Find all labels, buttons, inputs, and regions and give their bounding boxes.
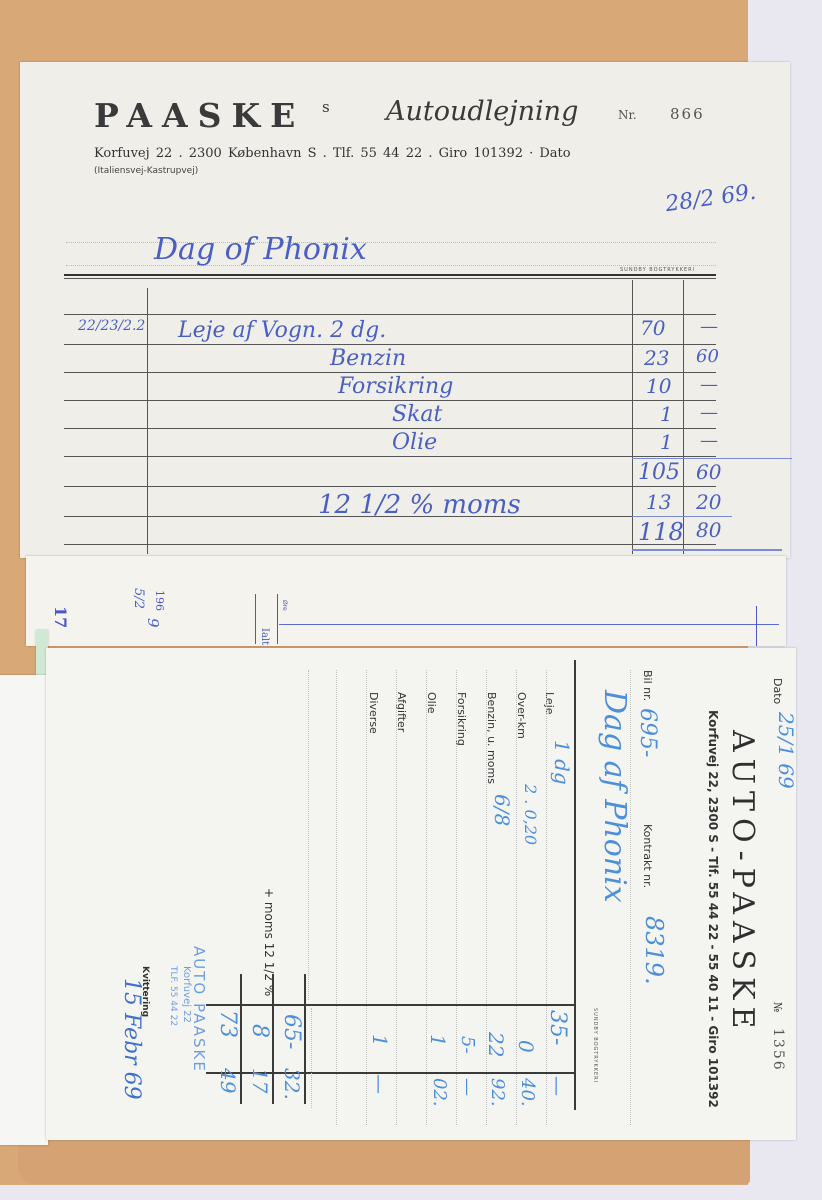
paid-stamp-line-2: Korfuvej 22 — [181, 966, 192, 1023]
ore-label: Øre — [281, 600, 288, 611]
total-label: Ialt — [259, 628, 270, 645]
row-rule — [64, 400, 716, 401]
handwritten-date: 28/2 69. — [664, 180, 758, 217]
header-double-rule — [64, 278, 716, 279]
subtotal-ore: 60 — [696, 460, 721, 484]
dotted-rule — [366, 670, 367, 1125]
total-kroner: 73 — [215, 1010, 240, 1038]
subtotal-ore: 32. — [280, 1068, 304, 1100]
line-description: Skat — [392, 402, 442, 427]
row-rule — [279, 624, 779, 625]
tax-kroner: 13 — [646, 490, 671, 514]
ore-column-divider — [683, 280, 684, 554]
line-kroner: 70 — [640, 316, 665, 340]
line-ore: — — [700, 374, 718, 395]
line-ore: 60 — [696, 346, 719, 367]
dotted-rule — [456, 670, 457, 1125]
column-rule — [255, 594, 256, 644]
forsikring-kroner: 5- — [457, 1036, 478, 1054]
contract-label: Kontrakt nr. — [641, 824, 654, 888]
dotted-rule — [308, 670, 309, 1000]
leje-ore: — — [546, 1076, 570, 1096]
envelope-bottom-flap — [18, 1140, 750, 1184]
kroner-column-divider — [632, 280, 633, 554]
white-side-sheet — [0, 675, 48, 1145]
date-label: Dato — [771, 678, 784, 704]
line-date: 22/23/2.2 — [78, 318, 145, 334]
middle-receipt-sheet: 17 196 9 5/2 Ialt Øre — [26, 556, 786, 646]
line-description: Leje af Vogn. 2 dg. — [178, 318, 386, 343]
dotted-rule — [630, 670, 631, 1125]
benzin-kroner: 22 — [484, 1032, 508, 1057]
year-handwritten: 9 — [144, 618, 162, 628]
over-km-ore: 40. — [517, 1078, 538, 1107]
handwritten-customer: Dag af Phonix — [597, 690, 632, 903]
subtotal-kroner: 65- — [279, 1014, 304, 1049]
over-km-note: 2 . 0,20 — [521, 784, 540, 845]
benzin-note: 6/8 — [490, 794, 514, 826]
receipt-auto-paaske-1356: AUTO-PAASKE Korfuvej 22, 2300 S - Tlf. 5… — [46, 648, 796, 1140]
total-double-underline — [632, 549, 782, 551]
dotted-rule — [396, 670, 397, 1125]
row-label-diverse: Diverse — [367, 692, 380, 734]
printer-mark: SUNDBY BOGTRYKKERI — [592, 1008, 598, 1083]
company-address: Korfuvej 22, 2300 S - Tlf. 55 44 22 - 55… — [706, 710, 720, 1108]
row-rule — [64, 428, 716, 429]
row-rule — [64, 344, 716, 345]
header-double-rule — [64, 274, 716, 276]
line-ore: — — [700, 316, 718, 337]
signature-date: 15 Febr 69 — [119, 978, 144, 1100]
olie-ore: 02. — [429, 1078, 450, 1107]
line-description: Forsikring — [338, 374, 453, 399]
total-underline — [632, 516, 732, 517]
row-rule — [64, 544, 716, 545]
receipt-number: 866 — [670, 105, 705, 123]
line-kroner: 10 — [646, 374, 671, 398]
company-name: PAASKE — [94, 96, 305, 135]
company-address-sub: (Italiensvej-Kastrupvej) — [94, 166, 198, 176]
over-km-kroner: 0 — [514, 1040, 538, 1053]
line-kroner: 1 — [660, 402, 673, 426]
olie-kroner: 1 — [426, 1034, 450, 1047]
subtotal-underline — [632, 458, 792, 459]
row-rule — [64, 486, 716, 487]
dotted-rule — [336, 670, 337, 1125]
handwritten-date: 25/1 69 — [774, 712, 798, 789]
company-address: Korfuvej 22 . 2300 København S . Tlf. 55… — [94, 146, 571, 161]
tax-description: 12 1/2 % moms — [318, 490, 521, 520]
dotted-rule — [516, 670, 517, 1125]
diverse-ore: — — [368, 1074, 392, 1094]
subtotal-kroner: 105 — [638, 460, 680, 485]
line-description: Benzin — [330, 346, 406, 371]
leje-kroner: 35- — [545, 1010, 570, 1045]
tax-ore: 17 — [248, 1068, 272, 1093]
dotted-rule — [311, 1008, 312, 1108]
paid-stamp-line-1: AUTO PAASKE — [190, 946, 208, 1073]
total-kroner: 118 — [638, 518, 684, 546]
car-label: Bil nr. — [641, 670, 654, 701]
date-handwritten: 5/2 — [131, 588, 146, 609]
dotted-rule — [546, 670, 547, 1125]
line-ore: — — [700, 402, 718, 423]
totals-rule — [240, 974, 242, 1104]
benzin-ore: 92. — [487, 1078, 508, 1107]
sheet-number-fragment: 17 — [51, 606, 70, 628]
year-print: 196 — [153, 590, 166, 611]
line-kroner: 1 — [660, 430, 673, 454]
row-rule — [64, 456, 716, 457]
car-number: 695- — [635, 708, 660, 757]
contract-number: 8319. — [640, 916, 668, 985]
row-label-leje: Leje — [543, 692, 556, 715]
company-suffix: s — [322, 98, 330, 116]
forsikring-ore: — — [457, 1078, 478, 1096]
tax-ore: 20 — [696, 490, 721, 514]
number-label: № — [771, 1002, 784, 1012]
number-label: Nr. — [618, 108, 637, 122]
total-ore: 80 — [696, 518, 721, 542]
receipt-number: 1356 — [770, 1028, 786, 1072]
business-type: Autoudlejning — [386, 96, 578, 127]
line-ore: — — [700, 430, 718, 451]
diverse-kroner: 1 — [368, 1034, 392, 1047]
line-kroner: 23 — [644, 346, 669, 370]
handwritten-customer: Dag of Phonix — [154, 232, 367, 267]
receipt-paaske-866: PAASKE s Autoudlejning Nr. 866 Korfuvej … — [20, 62, 790, 558]
column-rule — [277, 594, 278, 644]
paid-stamp-line-3: TLF. 55 44 22 — [168, 966, 178, 1026]
dotted-rule — [426, 670, 427, 1125]
leje-note: 1 dg — [550, 740, 574, 785]
company-name: AUTO-PAASKE — [725, 730, 760, 1035]
row-rule — [64, 314, 716, 315]
printer-mark: SUNDBY BOGTRYKKERI — [620, 267, 695, 273]
totals-rule — [272, 974, 274, 1104]
tax-kroner: 8 — [247, 1024, 272, 1038]
date-column-divider — [147, 288, 148, 554]
total-ore: 49 — [216, 1068, 240, 1093]
kroner-column-rule — [206, 1004, 576, 1006]
totals-rule — [304, 974, 306, 1104]
table-top-rule — [574, 660, 576, 1110]
line-description: Olie — [392, 430, 437, 455]
row-rule — [64, 372, 716, 373]
column-rule — [756, 606, 757, 646]
